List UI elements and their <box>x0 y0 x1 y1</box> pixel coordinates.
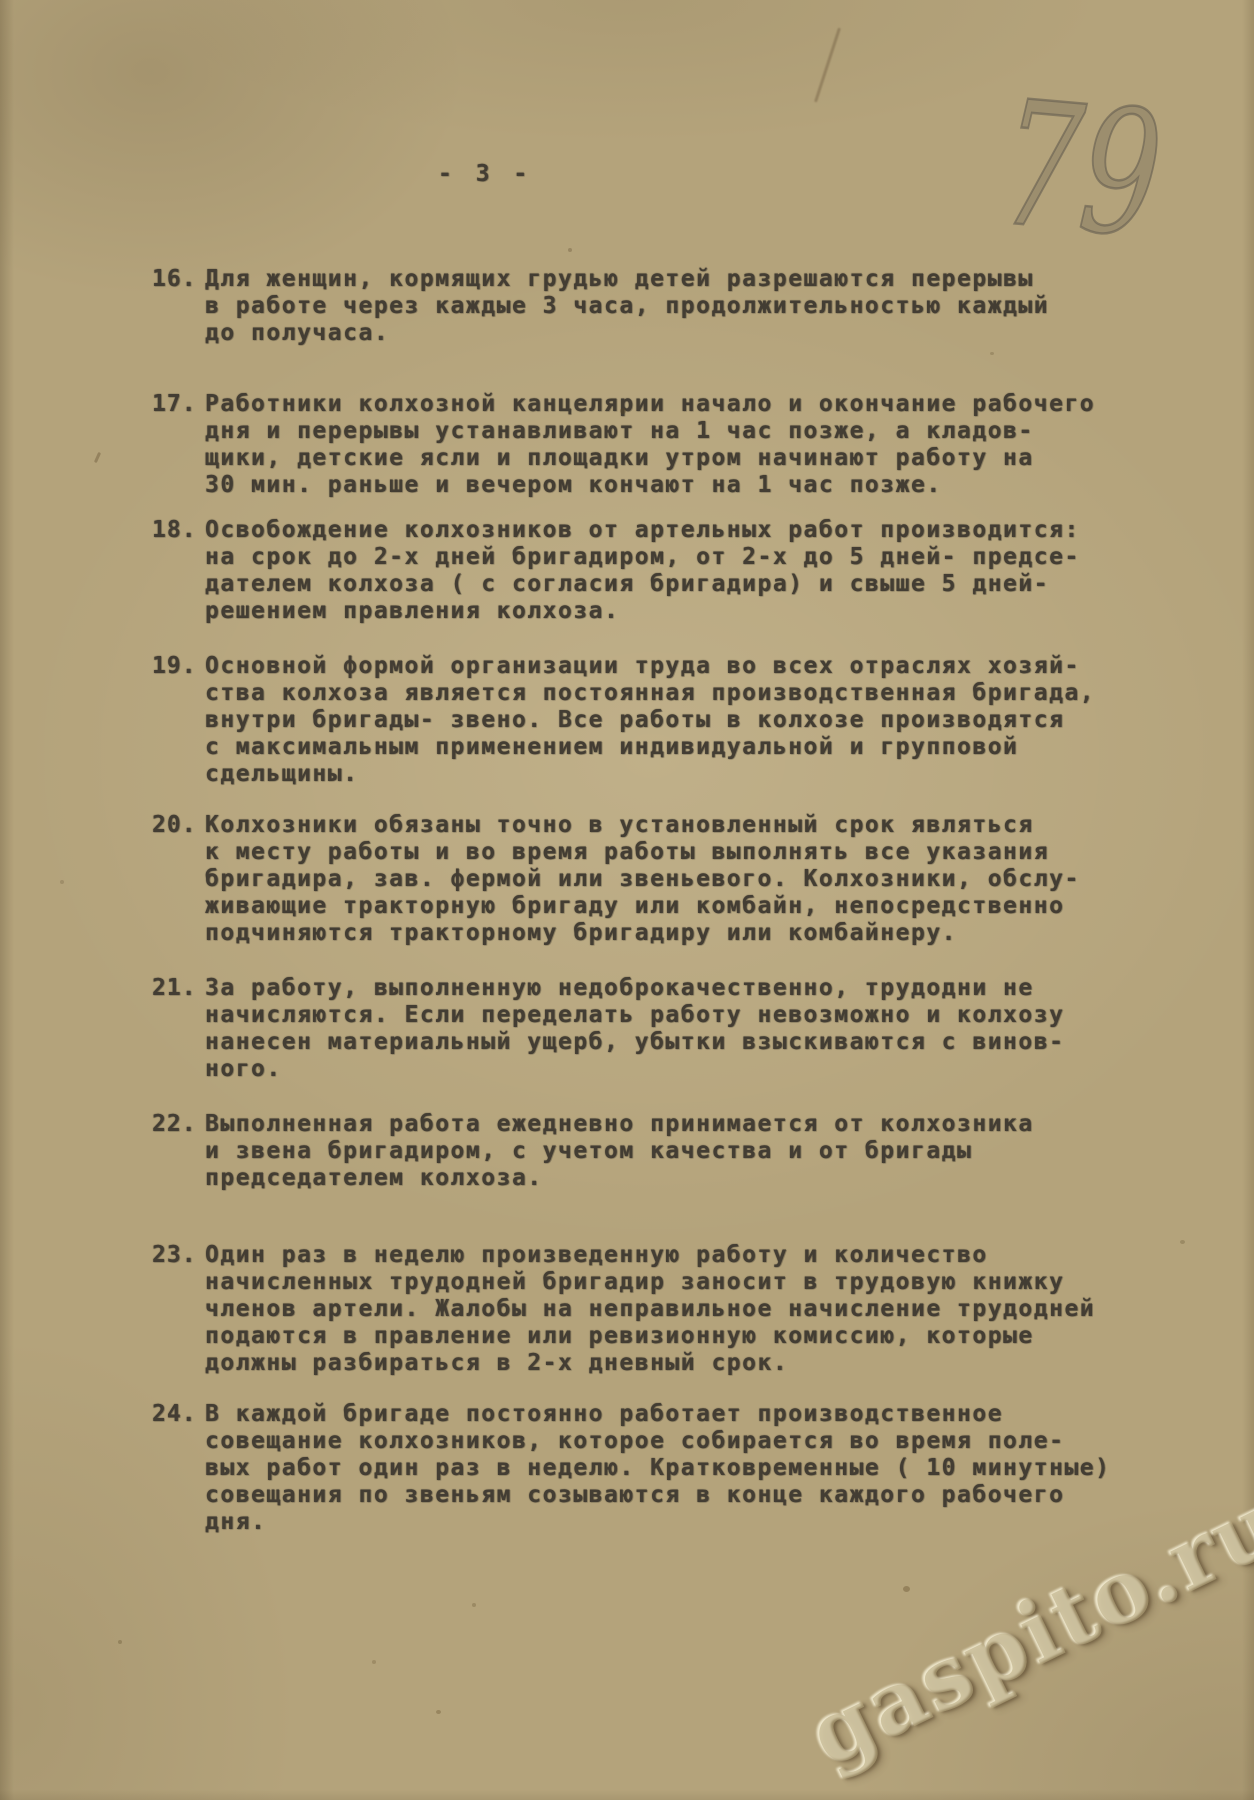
paper-speck <box>903 1586 910 1592</box>
item-text: В каждой бригаде постоянно работает прои… <box>205 1401 1152 1536</box>
item-number: 21. <box>152 975 205 1002</box>
handwritten-folio-number: 79 <box>995 77 1167 262</box>
list-item: 18. Освобождение колхозников от артельны… <box>152 517 1152 625</box>
paper-speck <box>436 1710 441 1714</box>
item-number: 19. <box>152 653 205 680</box>
clause-list: 16. Для женщин, кормящих грудью детей ра… <box>152 266 1152 1536</box>
page-number: - 3 - <box>438 161 532 187</box>
paper-speck <box>94 452 101 463</box>
paper-speck <box>118 1640 122 1644</box>
item-number: 20. <box>152 812 205 839</box>
paper-speck <box>568 248 572 252</box>
list-item: 16. Для женщин, кормящих грудью детей ра… <box>152 266 1152 347</box>
item-text: Для женщин, кормящих грудью детей разреш… <box>205 266 1152 347</box>
item-number: 23. <box>152 1242 205 1269</box>
item-text: Один раз в неделю произведенную работу и… <box>205 1242 1152 1377</box>
list-item: 20. Колхозники обязаны точно в установле… <box>152 812 1152 947</box>
item-text: Выполненная работа ежедневно принимается… <box>205 1111 1152 1192</box>
paper-speck <box>372 1660 376 1664</box>
item-number: 17. <box>152 391 205 418</box>
item-text: Основной формой организации труда во все… <box>205 653 1152 788</box>
item-number: 22. <box>152 1111 205 1138</box>
item-number: 24. <box>152 1401 205 1428</box>
paper-speck <box>620 408 626 414</box>
list-item: 21. За работу, выполненную недоброкачест… <box>152 975 1152 1083</box>
item-text: За работу, выполненную недоброкачественн… <box>205 975 1152 1083</box>
paper-speck <box>472 1603 476 1607</box>
paper-speck <box>1180 1240 1185 1244</box>
item-text: Работники колхозной канцелярии начало и … <box>205 391 1152 499</box>
scanned-document-page: - 3 - 79 16. Для женщин, кормящих грудью… <box>0 0 1254 1800</box>
list-item: 19. Основной формой организации труда во… <box>152 653 1152 788</box>
paper-speck <box>258 1066 262 1070</box>
item-text: Освобождение колхозников от артельных ра… <box>205 517 1152 625</box>
paper-crease <box>814 27 841 102</box>
paper-speck <box>990 352 994 355</box>
paper-speck <box>60 880 64 884</box>
item-text: Колхозники обязаны точно в установленный… <box>205 812 1152 947</box>
list-item: 22. Выполненная работа ежедневно принима… <box>152 1111 1152 1192</box>
list-item: 24. В каждой бригаде постоянно работает … <box>152 1401 1152 1536</box>
list-item: 17. Работники колхозной канцелярии начал… <box>152 391 1152 499</box>
list-item: 23. Один раз в неделю произведенную рабо… <box>152 1242 1152 1377</box>
item-number: 18. <box>152 517 205 544</box>
item-number: 16. <box>152 266 205 293</box>
